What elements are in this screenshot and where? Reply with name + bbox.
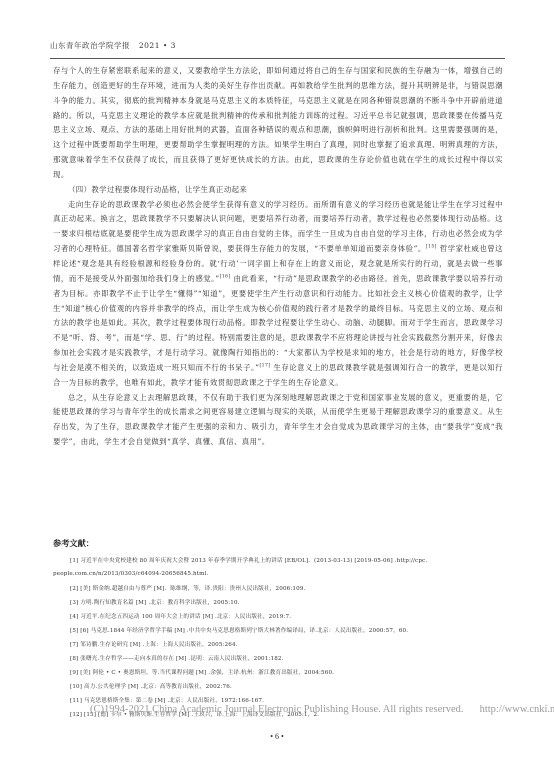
paragraph-action: 走向生存论的思政课教学必须也必然会使学生获得有意义的学习经历。而所谓有意义的学习…: [53, 198, 503, 391]
reference-item: [5] [6] 马克思.1844 年经济学哲学手稿 [M] .中共中央马克思恩格…: [53, 624, 505, 638]
journal-name: 山东青年政治学院学报: [50, 41, 130, 50]
watermark-url: http://www.cnki.net: [480, 704, 554, 715]
citation-17: [17]: [259, 363, 270, 368]
paragraph-conclusion: 总之，从生存论意义上去理解思政课，不仅有助于我们更为深刻地理解思政课之于党和国家…: [53, 391, 503, 450]
watermark-text: (C)1994-2021 China Academic Journal Elec…: [90, 704, 464, 715]
copyright-watermark: (C)1994-2021 China Academic Journal Elec…: [90, 704, 554, 715]
paragraph-continuation: 存与个人的生存紧密联系起来的意义，又要教给学生方法论，即如何通过将自己的生存与国…: [53, 64, 503, 183]
citation-15: [15]: [426, 245, 437, 250]
page-number: • 6 •: [0, 732, 554, 741]
reference-item: [1] 习近平在中央党校建校 80 周年庆祝大会暨 2013 年春季学期开学典礼…: [53, 555, 505, 568]
reference-item: [4] 习近平.在纪念五四运动 100 周年大会上的讲话 [M] .北京：人民出…: [53, 610, 505, 624]
references-title: 参考文献：: [53, 538, 94, 549]
paragraph-text: 由此看来，“行动”是思政课教学的必由路径。首先，思政课教学要以培养行动者为目标。…: [53, 274, 503, 372]
article-body: 存与个人的生存紧密联系起来的意义，又要教给学生方法论，即如何通过将自己的生存与国…: [53, 64, 503, 450]
reference-item: [7] 邹诗鹏.生存论研究 [M] .上海：上海人民出版社，2005:264.: [53, 638, 505, 652]
reference-item: [2] [美] 斯金纳.超越自由与尊严 [M]．陈维纲，等，译.贵阳：贵州人民出…: [53, 582, 505, 596]
reference-item: [3] 方明.陶行知教育名篇 [M] .北京：教育科学出版社，2005:10.: [53, 596, 505, 610]
running-header: 山东青年政治学院学报 2021 • 3: [50, 40, 505, 56]
reference-item: [9] [美] 阿伦 • C • 奥恩斯坦，等.当代课程问题 [M] .余强，主…: [53, 666, 505, 680]
references-list: [1] 习近平在中央党校建校 80 周年庆祝大会暨 2013 年春季学期开学典礼…: [53, 555, 505, 722]
section-heading: （四）教学过程要体现行动品格，让学生真正动起来: [53, 183, 503, 198]
issue-number: 2021 • 3: [139, 41, 176, 50]
reference-item: [10] 高力.公共伦理学 [M] .北京：高等教育出版社，2002:76.: [53, 680, 505, 694]
header-divider: [50, 58, 505, 59]
reference-item-continued: people.com.cn/n/2013/0303/c64094-2065684…: [53, 568, 505, 580]
reference-item: [8] 张曙光.生存哲学——走向本真的存在 [M] .昆明：云南人民出版社，20…: [53, 652, 505, 666]
citation-16: [16]: [220, 274, 231, 279]
